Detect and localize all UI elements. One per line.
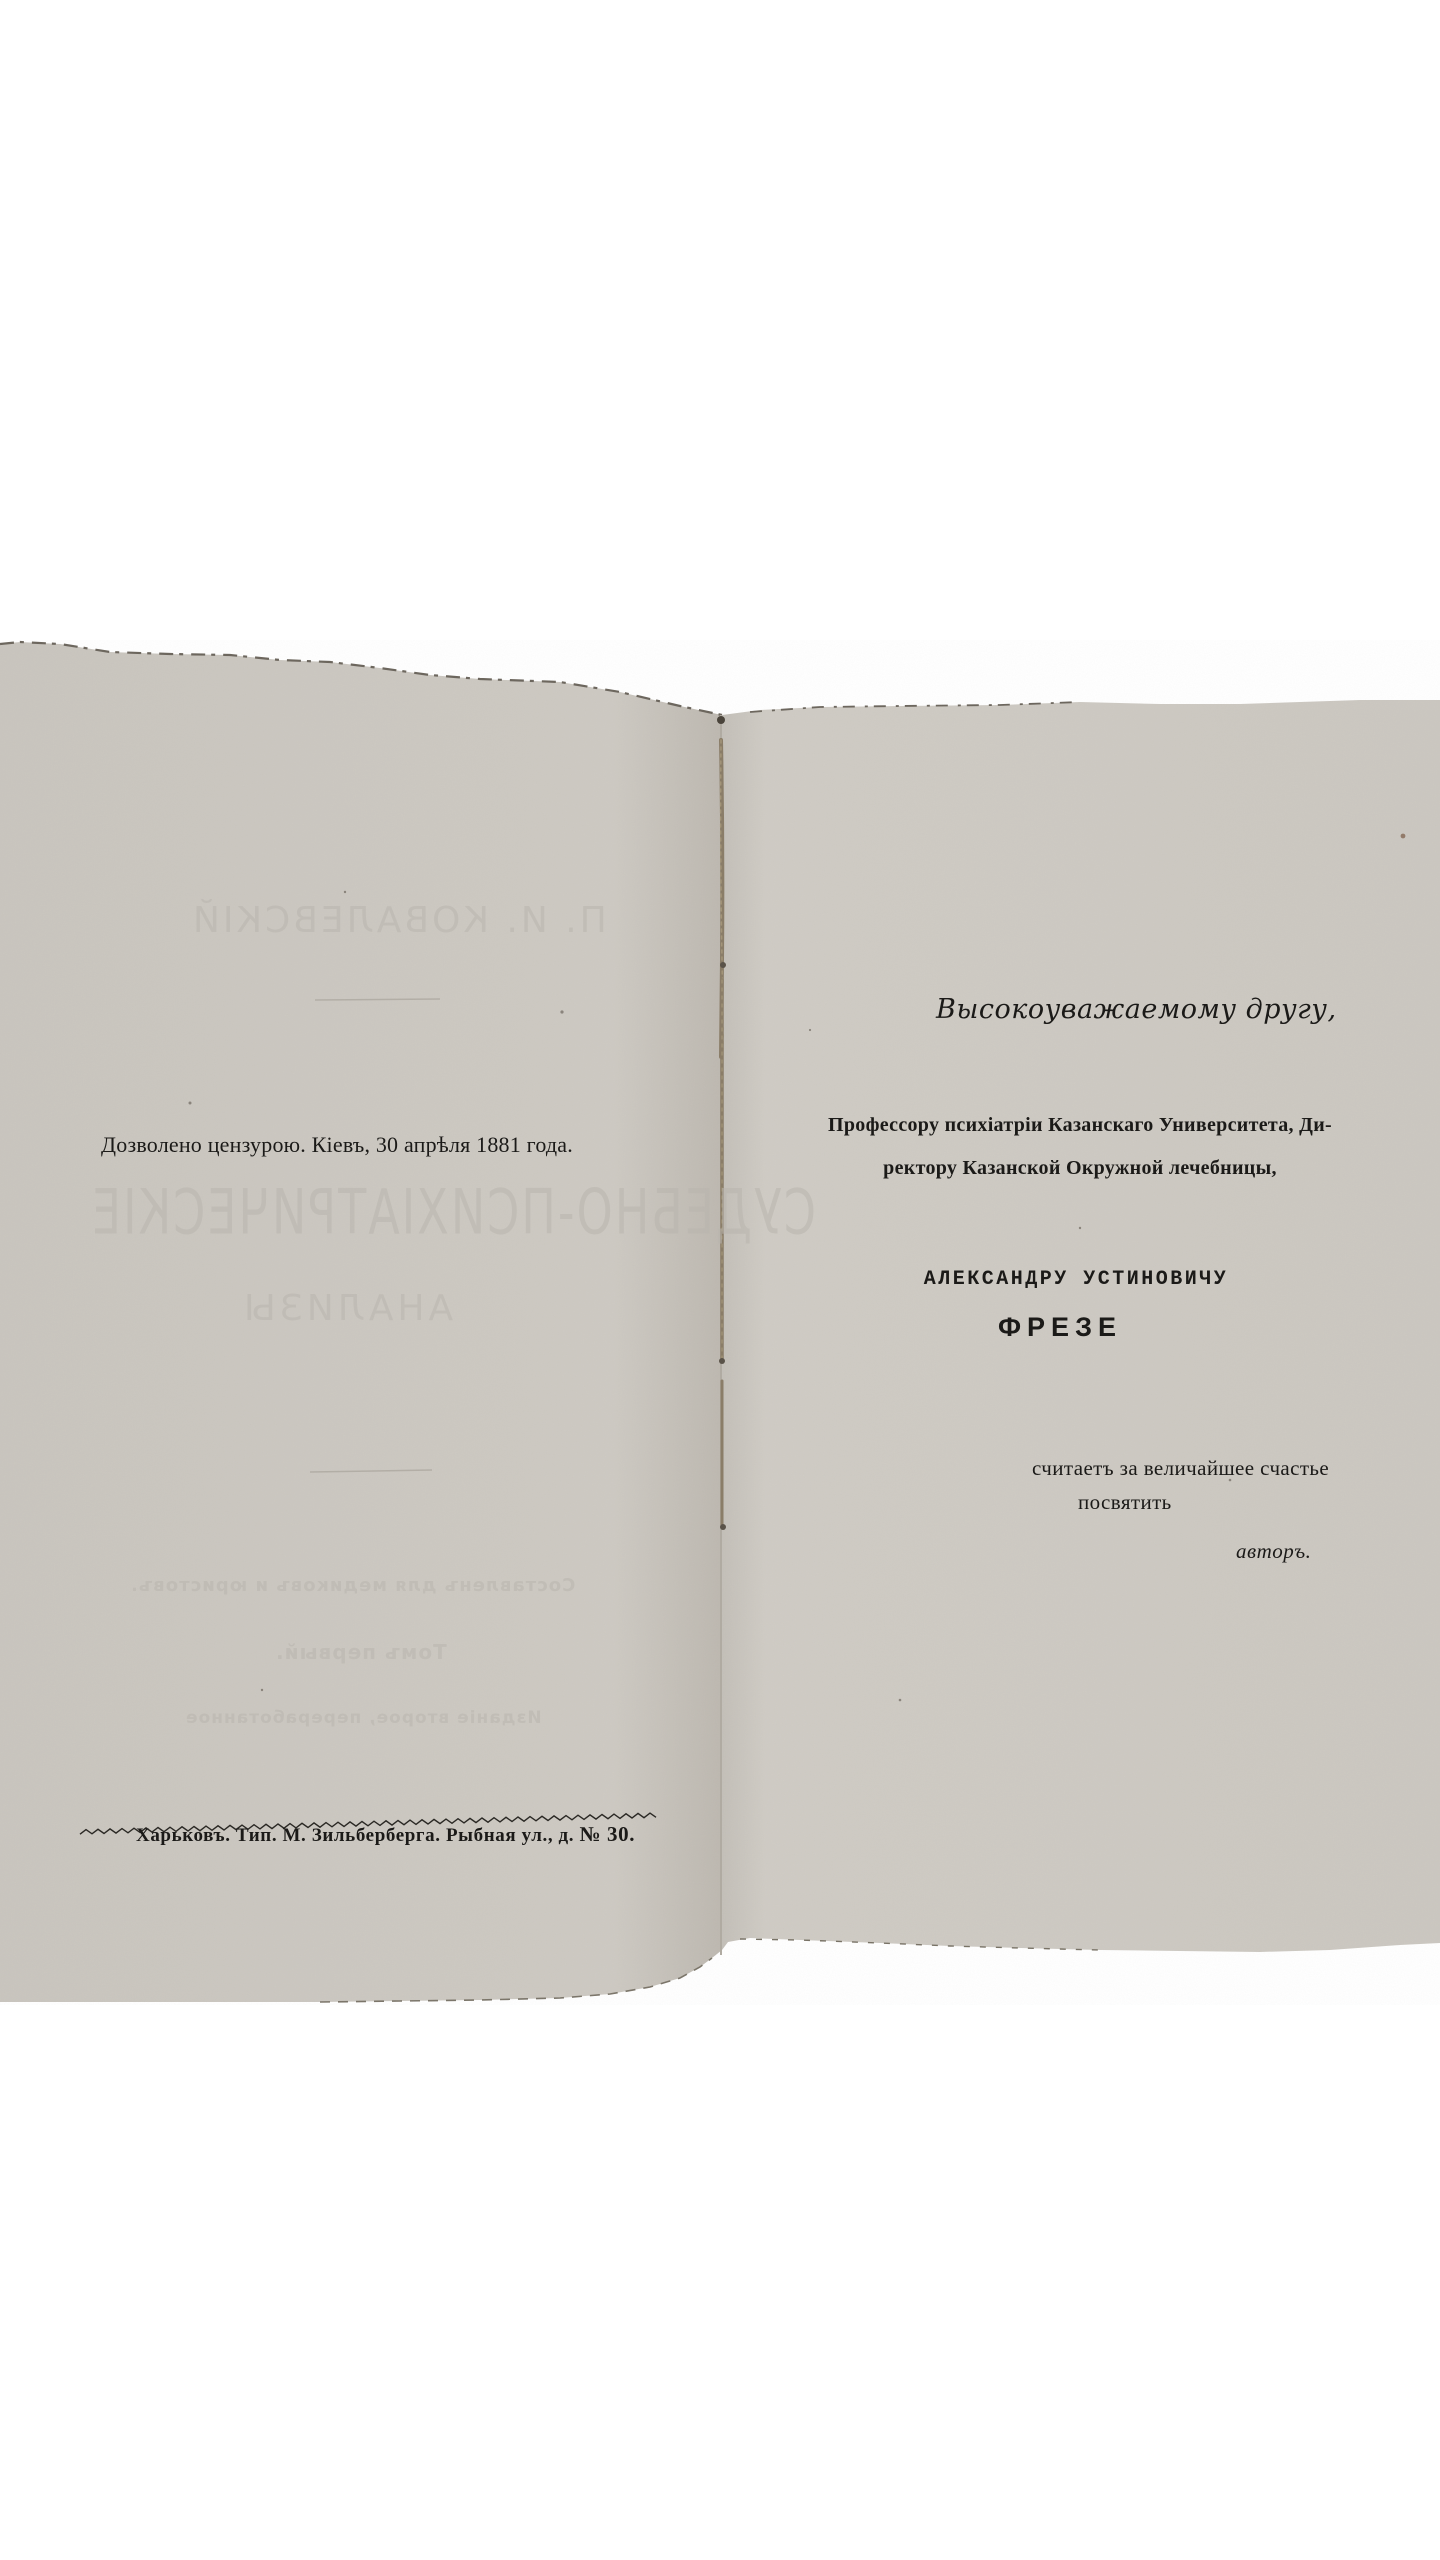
- printer-imprint: Харьковъ. Тип. М. Зильберберга. Рыбная у…: [136, 1822, 635, 1847]
- show-through-title: СУДЕБНО-ПСИХІАТРИЧЕСКІЕ: [90, 1176, 816, 1249]
- censorship-note: Дозволено цензурою. Кіевъ, 30 апрѣля 188…: [0, 1132, 682, 1158]
- show-through-subtitle: АНАЛИЗЫ: [240, 1288, 453, 1329]
- dedication-line-1: считаетъ за величайшее счастье: [1032, 1456, 1329, 1481]
- dedicatee-title-line-2: ректору Казанской Окружной лечебницы,: [720, 1157, 1440, 1180]
- dedicatee-title-line-1: Профессору психіатріи Казанскаго Универс…: [720, 1114, 1440, 1137]
- show-through-volume: Томъ первый.: [275, 1640, 447, 1664]
- show-through-note: Составленъ для медиковъ и юристовъ.: [130, 1575, 575, 1596]
- dedication-line-2: посвятить: [1078, 1490, 1172, 1515]
- show-through-author: П. И. КОВАЛЕВСКІЙ: [190, 900, 607, 941]
- printer-imprint-number: № 30.: [579, 1822, 635, 1846]
- dedicatee-surname: ФРЕЗЕ: [700, 1312, 1420, 1343]
- author-signature: авторъ.: [1236, 1539, 1311, 1564]
- dedication-salutation: Высокоуважаемому другу,: [936, 994, 1337, 1025]
- dedicatee-first-names: АЛЕКСАНДРУ УСТИНОВИЧУ: [716, 1268, 1436, 1291]
- open-book: П. И. КОВАЛЕВСКІЙ СУДЕБНО-ПСИХІАТРИЧЕСКІ…: [0, 0, 1440, 2560]
- show-through-edition: Изданіе второе, переработанное: [185, 1708, 542, 1728]
- printer-imprint-text: Харьковъ. Тип. М. Зильберберга. Рыбная у…: [136, 1825, 574, 1846]
